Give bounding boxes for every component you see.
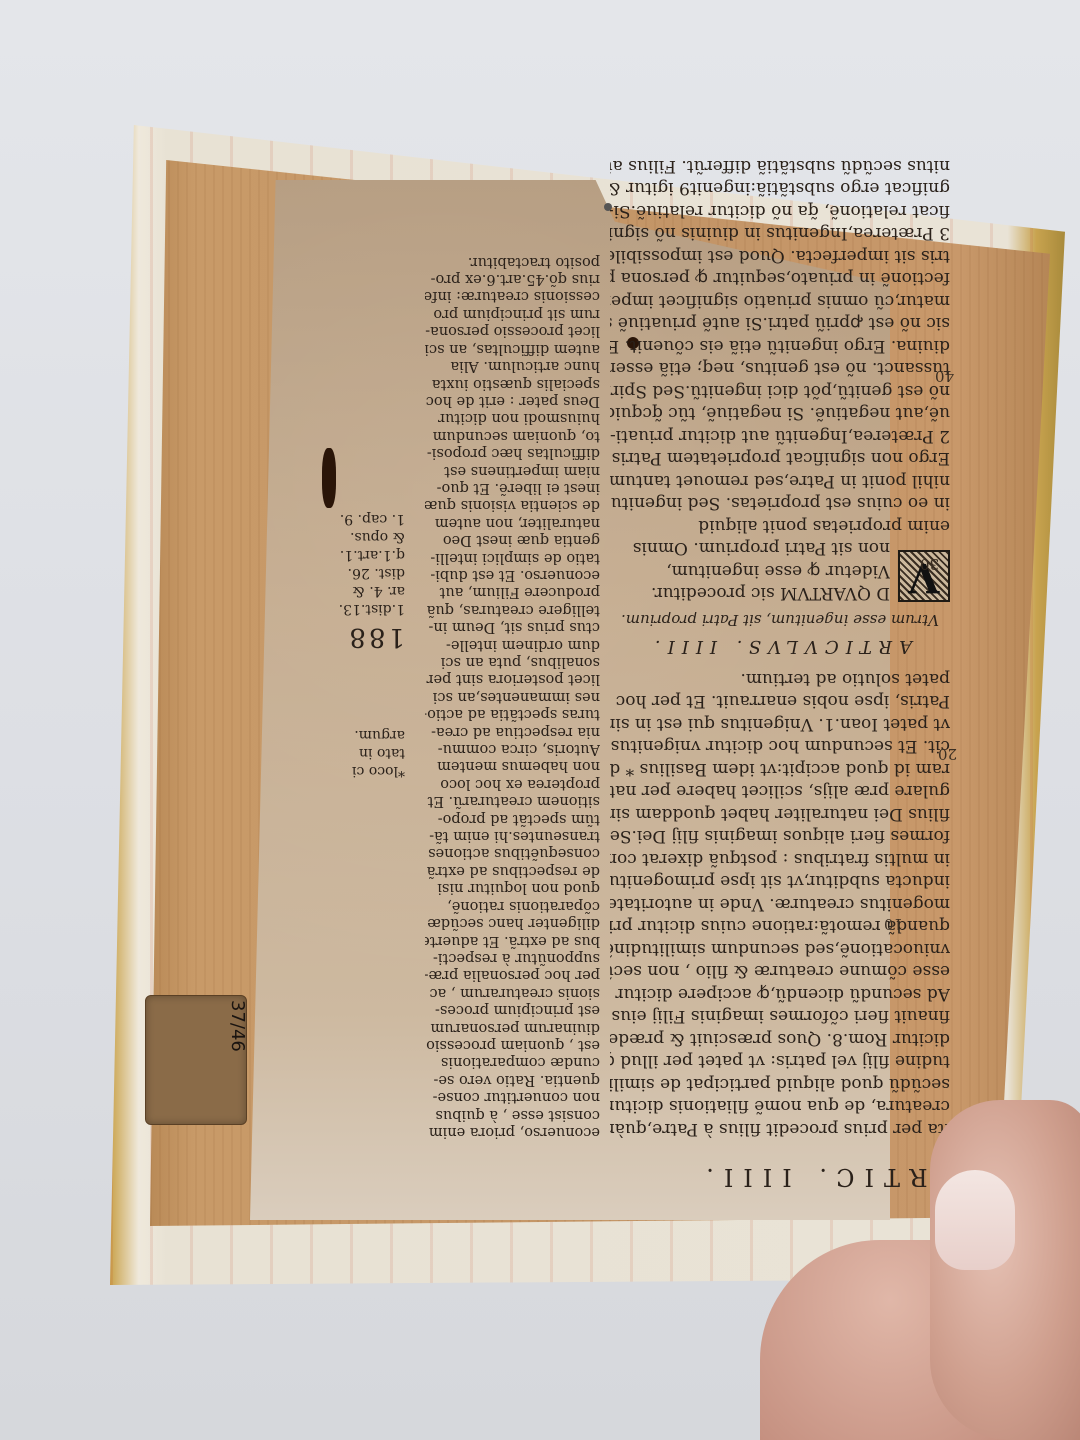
text-line: cundæ comparationis [425, 1053, 600, 1070]
main-column: ita per prius procedit filius à Patre,qu… [610, 155, 950, 1141]
line-number: 20 [938, 745, 957, 763]
commentary-column: econuerso, priora enim consist esse , à … [425, 252, 600, 1140]
text-line: 3 Præterea,Ingenitus in diuinis nõ signi… [610, 222, 950, 245]
text-line: in eo cuius est proprietas. Sed ingenitu… [610, 492, 950, 515]
text-line: econuerso, priora enim [425, 1123, 600, 1140]
text-line: quentia. Ratio vero se- [425, 1070, 600, 1087]
text-line: transeuntes.hi enim tã- [425, 827, 600, 844]
text-line: de scientia visionis quæ [425, 496, 600, 513]
text-line: propterea ex hoc loco [425, 774, 600, 791]
margin-note: dist. 26. [335, 564, 405, 582]
text-line: Patris, ipse nobis enarrauit. Et per hoc [610, 690, 950, 713]
text-line: in multis fratribus : postquã dixerat co… [610, 848, 950, 871]
text-line: autem difficultas, an sci [425, 339, 600, 356]
text-line: dicitur Rom.8. Quos præsciuit & præde- [610, 1028, 950, 1051]
text-line: sonalibus, puta an sci [425, 653, 600, 670]
text-line: inducta subditur,vt sit ipse primogenitu… [610, 870, 950, 893]
text-line: ficat relationẽ, q̃a nõ dicitur relatiuẽ… [610, 200, 950, 223]
margin-note: ar. 4. & [335, 582, 405, 600]
text-line: ram id quod accipit:vt idem Basilius * d… [610, 758, 950, 781]
thumbnail [935, 1170, 1015, 1270]
text-line: ctus prius sit, Deum in- [425, 618, 600, 635]
text-line: per hoc personalia præ- [425, 966, 600, 983]
text-line: bus ad extrã. Et aduerte [425, 931, 600, 948]
text-line: filius Dei naturaliter habet quoddam sin… [610, 803, 950, 826]
text-line: Ad secundũ dicendũ,ꝙ accipere dicitur [610, 983, 950, 1006]
text-line: cõparationis rationẽ, [425, 896, 600, 913]
text-line: vniuocationẽ,sed secundum similitudinẽ [610, 938, 950, 961]
text-line: tris sit imperfecta. Quod est impossibil… [610, 245, 950, 268]
text-line: non sit Patri proprium. Omnis [610, 537, 890, 560]
text-line: 2 Præterea,Ingenitũ aut dicitur priuati- [610, 425, 950, 448]
hand-thumb [930, 1100, 1080, 1440]
text-line: nia respectiua ad crea- [425, 722, 600, 739]
text-line: difficultas hæc proposi- [425, 444, 600, 461]
text-line: est , quoniam processio [425, 1036, 600, 1053]
text-line: creatura, de qua nomẽ filiationis dicitu… [610, 1095, 950, 1118]
text-line: nes immanentes,an sci [425, 687, 600, 704]
text-line: supponũtur à respecti- [425, 949, 600, 966]
text-line: non conuertitur conse- [425, 1088, 600, 1105]
text-line: enim proprietas ponit aliquid [610, 515, 950, 538]
text-line: diuinarum personarum [425, 1018, 600, 1035]
text-line: sitionem creaturarũ. Et [425, 792, 600, 809]
page-text: ARTIC. IIII. ita per prius procedit fili… [325, 200, 965, 1200]
text-line: cessionis creaturæ: infe [425, 287, 600, 304]
text-line: tussanct. nõ est genitus, neq; etiã esse… [610, 357, 950, 380]
text-line: dum ordinem intelle- [425, 635, 600, 652]
margin-note: 1.dist.13. [335, 600, 405, 618]
text-line: econuerso. Et est dubi- [425, 566, 600, 583]
text-line: tatio de simplici intelli- [425, 548, 600, 565]
text-line: turas spectãtia ad actio- [425, 705, 600, 722]
text-line: specialis quæstio iuxta [425, 374, 600, 391]
text-line: gnificat ergo substãtiã:ingenit9 igitur … [610, 177, 950, 200]
article-question: Vtrum esse ingenitum, sit Patri proprium… [610, 609, 950, 632]
text-line: licet posteriora sint per [425, 670, 600, 687]
text-line: D QVARTVM sic proceditur. Videtur ꝙ esse… [610, 560, 890, 605]
margin-note: argum. [335, 726, 405, 744]
text-line: naturaliter, non autem [425, 513, 600, 530]
text-line: est principium proces- [425, 1001, 600, 1018]
text-line: rum sit principium pro [425, 305, 600, 322]
text-line: Autoris, circa commu- [425, 740, 600, 757]
text-line: patet solutio ad tertium. [610, 668, 950, 691]
text-line: sionis creaturarum , ac [425, 983, 600, 1000]
text-line: tudine filij vel patris: vt patet per il… [610, 1050, 950, 1073]
text-line: hunc articulum. Alia [425, 357, 600, 374]
margin-note: tato in [335, 744, 405, 762]
margin-note: & opus. [335, 528, 405, 546]
text-line: nõ est genitũ,põt dici ingenitũ.Sed Spir… [610, 380, 950, 403]
text-line: consist esse , à quibus [425, 1105, 600, 1122]
text-line: Deus pater : erit de hoc [425, 392, 600, 409]
text-line: consequẽtibus actiones [425, 844, 600, 861]
text-line: cit. Et secundum hoc dicitur vnigenitus: [610, 735, 950, 758]
text-line: nitus secũdũ substãtiã differũt. Filius … [610, 155, 950, 178]
text-line: matur,cũ omnis priuatio significet imper… [610, 290, 950, 313]
text-line: huiusmodi non dicitur [425, 409, 600, 426]
text-line: diligenter hanc secũdæ [425, 914, 600, 931]
text-line: ita per prius procedit filius à Patre,qu… [610, 1118, 950, 1141]
text-line: producere Filium, aut [425, 583, 600, 600]
text-line: Ergo non significat proprietatem Patris. [610, 447, 950, 470]
text-line: uẽ,aut negatiuẽ. Si negatiuẽ, tũc q̃cqui… [610, 402, 950, 425]
text-line: telligere creaturas, quã [425, 600, 600, 617]
margin-note: q.1.art.1. [335, 546, 405, 564]
text-line: finauit fieri cõformes imaginis Filij ei… [610, 1005, 950, 1028]
page-number: 188 [335, 628, 405, 646]
text-line: nihil ponit in Patre,sed remouet tantum. [610, 470, 950, 493]
text-line: posito tractabitur. [425, 252, 600, 269]
text-line: esse cõmune creaturæ & filio , non secũd… [610, 960, 950, 983]
text-line: niam impertinens est [425, 461, 600, 478]
margin-note: 1. cap. 9. [335, 510, 405, 528]
text-line: tũm spectãt ad propo- [425, 809, 600, 826]
running-head: ARTIC. IIII. [325, 1166, 955, 1189]
text-line: rius qõ.45.art.6.ex pro- [425, 270, 600, 287]
text-line: quod non loquitur nisi [425, 879, 600, 896]
margin-notes: *loco ci tato in argum. 188 1.dist.13. a… [335, 510, 405, 780]
inventory-number: 37/46 [227, 1000, 248, 1052]
text-line: mogenitus creaturæ. Vnde in autoritate [610, 893, 950, 916]
text-line: gulare præ alijs, scilicet habere per na… [610, 780, 950, 803]
margin-note: *loco ci [335, 762, 405, 780]
text-line: secũdũ quod aliquid participat de simili… [610, 1073, 950, 1096]
text-line: non habemus mentem [425, 757, 600, 774]
line-number: 10 [884, 915, 903, 933]
line-number: 40 [935, 367, 954, 385]
text-line: sic nõ est ꝓpriũ patri.Si autẽ priuatiuẽ… [610, 312, 950, 335]
text-line: to, quoniam secundum [425, 426, 600, 443]
text-line: licet processio persona- [425, 322, 600, 339]
text-line: gentia quæ inest Deo [425, 531, 600, 548]
article-heading: ARTICVLVS. IIII. [610, 635, 950, 658]
text-line: fectionẽ in priuato,sequitur ꝙ persona p… [610, 267, 950, 290]
text-line: de respectibus ad extrã [425, 862, 600, 879]
text-line: vt patet Ioan.1. Vnigenitus qui est in s… [610, 713, 950, 736]
text-line: formes fieri aliquos imaginis filij Dei.… [610, 825, 950, 848]
text-line: inest ei liberẽ. Et quo- [425, 479, 600, 496]
line-number: 30 [920, 555, 939, 573]
text-line: diuina. Ergo ingenitũ etiã eis cõuenit. … [610, 335, 950, 358]
